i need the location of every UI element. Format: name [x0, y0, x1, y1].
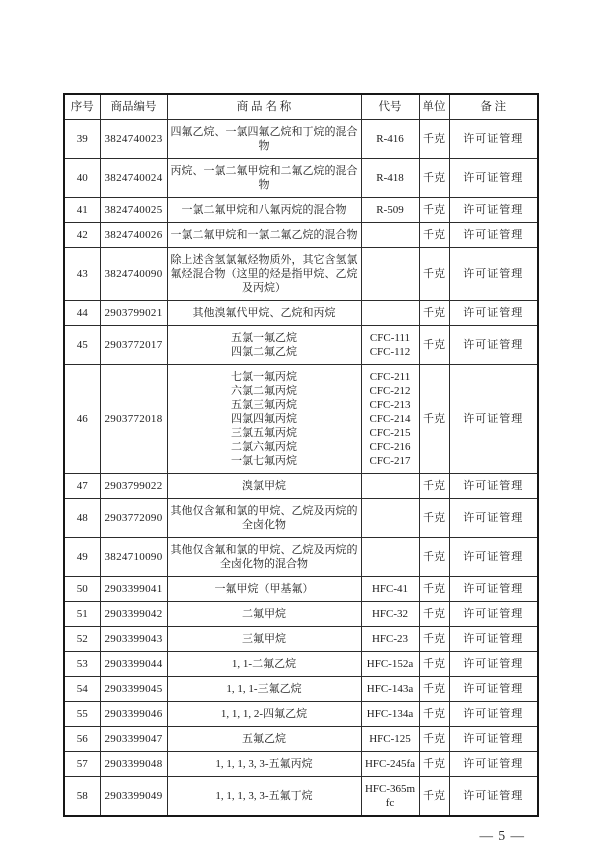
cell-remarks: 许可证管理: [449, 652, 538, 677]
cell-alias-code: HFC-143a: [361, 677, 419, 702]
cell-unit: 千克: [419, 577, 449, 602]
cell-alias-code-line: HFC-41: [365, 582, 416, 596]
cell-commodity-name: 1, 1, 1, 3, 3-五氟丁烷: [167, 777, 361, 817]
table-row: 5529033990461, 1, 1, 2-四氟乙烷HFC-134a千克许可证…: [64, 702, 538, 727]
page-number: — 5 —: [63, 828, 537, 844]
table-header: 序号 商品编号 商 品 名 称 代号 单位 备 注: [64, 94, 538, 120]
cell-commodity-code: 2903772017: [100, 326, 167, 365]
cell-seq-no: 49: [64, 538, 100, 577]
cell-commodity-name-line: 丙烷、一氯二氟甲烷和二氟乙烷的混合物: [171, 164, 358, 192]
table-body: 393824740023四氟乙烷、一氯四氟乙烷和丁烷的混合物R-416千克许可证…: [64, 120, 538, 817]
cell-unit: 千克: [419, 223, 449, 248]
cell-commodity-name: 七氯一氟丙烷六氯二氟丙烷五氯三氟丙烷四氯四氟丙烷三氯五氟丙烷二氯六氟丙烷一氯七氟…: [167, 365, 361, 474]
cell-seq-no: 50: [64, 577, 100, 602]
cell-remarks: 许可证管理: [449, 248, 538, 301]
cell-alias-code: R-418: [361, 159, 419, 198]
cell-seq-no: 46: [64, 365, 100, 474]
document-page: 序号 商品编号 商 品 名 称 代号 单位 备 注 393824740023四氟…: [0, 0, 600, 848]
cell-commodity-name: 其他溴氟代甲烷、乙烷和丙烷: [167, 301, 361, 326]
table-row: 403824740024丙烷、一氯二氟甲烷和二氟乙烷的混合物R-418千克许可证…: [64, 159, 538, 198]
cell-unit: 千克: [419, 365, 449, 474]
cell-commodity-name: 丙烷、一氯二氟甲烷和二氟乙烷的混合物: [167, 159, 361, 198]
cell-remarks: 许可证管理: [449, 365, 538, 474]
cell-alias-code: CFC-211CFC-212CFC-213CFC-214CFC-215CFC-2…: [361, 365, 419, 474]
cell-alias-code: R-509: [361, 198, 419, 223]
cell-commodity-code: 2903399048: [100, 752, 167, 777]
cell-commodity-name: 1, 1, 1, 2-四氟乙烷: [167, 702, 361, 727]
cell-commodity-name-line: 一氟甲烷（甲基氟）: [171, 582, 358, 596]
cell-commodity-name: 一氟甲烷（甲基氟）: [167, 577, 361, 602]
cell-remarks: 许可证管理: [449, 198, 538, 223]
cell-alias-code: HFC-134a: [361, 702, 419, 727]
cell-seq-no: 45: [64, 326, 100, 365]
cell-commodity-name: 1, 1, 1, 3, 3-五氟丙烷: [167, 752, 361, 777]
cell-commodity-name-line: 五氯一氟乙烷: [171, 331, 358, 345]
cell-alias-code: CFC-111CFC-112: [361, 326, 419, 365]
cell-commodity-code: 2903799022: [100, 474, 167, 499]
cell-alias-code-line: R-418: [365, 171, 416, 185]
cell-seq-no: 57: [64, 752, 100, 777]
cell-unit: 千克: [419, 538, 449, 577]
cell-unit: 千克: [419, 198, 449, 223]
cell-commodity-name: 五氯一氟乙烷四氯二氟乙烷: [167, 326, 361, 365]
header-commodity-code: 商品编号: [100, 94, 167, 120]
cell-commodity-code: 2903772090: [100, 499, 167, 538]
cell-commodity-name-line: 二氯六氟丙烷: [171, 440, 358, 454]
cell-unit: 千克: [419, 301, 449, 326]
cell-alias-code: HFC-23: [361, 627, 419, 652]
cell-commodity-code: 3824740090: [100, 248, 167, 301]
cell-commodity-name-line: 1, 1, 1, 3, 3-五氟丁烷: [171, 789, 358, 803]
cell-unit: 千克: [419, 474, 449, 499]
cell-seq-no: 42: [64, 223, 100, 248]
cell-alias-code-line: CFC-212: [365, 384, 416, 398]
cell-commodity-code: 3824710090: [100, 538, 167, 577]
cell-alias-code: R-416: [361, 120, 419, 159]
table-row: 502903399041一氟甲烷（甲基氟）HFC-41千克许可证管理: [64, 577, 538, 602]
cell-commodity-name-line: 六氯二氟丙烷: [171, 384, 358, 398]
cell-commodity-name: 其他仅含氟和氯的甲烷、乙烷及丙烷的全卤化物: [167, 499, 361, 538]
cell-alias-code: HFC-41: [361, 577, 419, 602]
cell-seq-no: 47: [64, 474, 100, 499]
cell-commodity-name-line: 溴氯甲烷: [171, 479, 358, 493]
cell-alias-code-line: CFC-112: [365, 345, 416, 359]
cell-alias-code: [361, 538, 419, 577]
cell-alias-code: [361, 223, 419, 248]
table-row: 462903772018七氯一氟丙烷六氯二氟丙烷五氯三氟丙烷四氯四氟丙烷三氯五氟…: [64, 365, 538, 474]
cell-commodity-name: 一氯二氟甲烷和一氯二氟乙烷的混合物: [167, 223, 361, 248]
cell-seq-no: 52: [64, 627, 100, 652]
cell-seq-no: 58: [64, 777, 100, 817]
cell-commodity-name-line: 除上述含氢氯氟烃物质外，其它含氢氯氟烃混合物（这里的烃是指甲烷、乙烷及丙烷）: [171, 253, 358, 295]
cell-remarks: 许可证管理: [449, 577, 538, 602]
cell-commodity-code: 2903399044: [100, 652, 167, 677]
cell-remarks: 许可证管理: [449, 727, 538, 752]
cell-remarks: 许可证管理: [449, 223, 538, 248]
cell-alias-code-line: HFC-143a: [365, 682, 416, 696]
cell-alias-code-line: HFC-23: [365, 632, 416, 646]
cell-remarks: 许可证管理: [449, 120, 538, 159]
cell-alias-code-line: HFC-365mfc: [365, 782, 416, 810]
cell-commodity-name: 四氟乙烷、一氯四氟乙烷和丁烷的混合物: [167, 120, 361, 159]
cell-remarks: 许可证管理: [449, 159, 538, 198]
cell-unit: 千克: [419, 326, 449, 365]
cell-commodity-code: 3824740023: [100, 120, 167, 159]
table-row: 512903399042二氟甲烷HFC-32千克许可证管理: [64, 602, 538, 627]
cell-seq-no: 51: [64, 602, 100, 627]
commodity-table: 序号 商品编号 商 品 名 称 代号 单位 备 注 393824740023四氟…: [63, 93, 539, 817]
cell-remarks: 许可证管理: [449, 752, 538, 777]
header-row: 序号 商品编号 商 品 名 称 代号 单位 备 注: [64, 94, 538, 120]
cell-commodity-name: 五氟乙烷: [167, 727, 361, 752]
cell-alias-code-line: HFC-134a: [365, 707, 416, 721]
cell-remarks: 许可证管理: [449, 627, 538, 652]
cell-commodity-code: 2903799021: [100, 301, 167, 326]
header-commodity-name: 商 品 名 称: [167, 94, 361, 120]
cell-seq-no: 56: [64, 727, 100, 752]
cell-seq-no: 39: [64, 120, 100, 159]
table-row: 5729033990481, 1, 1, 3, 3-五氟丙烷HFC-245fa千…: [64, 752, 538, 777]
table-row: 493824710090其他仅含氟和氯的甲烷、乙烷及丙烷的全卤化物的混合物千克许…: [64, 538, 538, 577]
cell-commodity-name-line: 一氯二氟甲烷和八氟丙烷的混合物: [171, 203, 358, 217]
cell-commodity-name-line: 一氯七氟丙烷: [171, 454, 358, 468]
cell-alias-code-line: CFC-216: [365, 440, 416, 454]
cell-seq-no: 54: [64, 677, 100, 702]
table-row: 522903399043三氟甲烷HFC-23千克许可证管理: [64, 627, 538, 652]
cell-commodity-name-line: 1, 1, 1, 3, 3-五氟丙烷: [171, 757, 358, 771]
cell-unit: 千克: [419, 627, 449, 652]
cell-alias-code: HFC-32: [361, 602, 419, 627]
cell-alias-code: HFC-125: [361, 727, 419, 752]
cell-commodity-name-line: 1, 1, 1-三氟乙烷: [171, 682, 358, 696]
cell-remarks: 许可证管理: [449, 474, 538, 499]
cell-commodity-code: 2903399041: [100, 577, 167, 602]
cell-commodity-name-line: 其他仅含氟和氯的甲烷、乙烷及丙烷的全卤化物的混合物: [171, 543, 358, 571]
cell-remarks: 许可证管理: [449, 538, 538, 577]
table-row: 482903772090其他仅含氟和氯的甲烷、乙烷及丙烷的全卤化物千克许可证管理: [64, 499, 538, 538]
cell-unit: 千克: [419, 752, 449, 777]
header-unit: 单位: [419, 94, 449, 120]
cell-unit: 千克: [419, 120, 449, 159]
header-alias-code: 代号: [361, 94, 419, 120]
cell-commodity-name-line: 其他仅含氟和氯的甲烷、乙烷及丙烷的全卤化物: [171, 504, 358, 532]
cell-unit: 千克: [419, 677, 449, 702]
cell-alias-code-line: HFC-125: [365, 732, 416, 746]
cell-commodity-name-line: 四氟乙烷、一氯四氟乙烷和丁烷的混合物: [171, 125, 358, 153]
table-row: 562903399047五氟乙烷HFC-125千克许可证管理: [64, 727, 538, 752]
cell-commodity-name: 一氯二氟甲烷和八氟丙烷的混合物: [167, 198, 361, 223]
table-row: 5429033990451, 1, 1-三氟乙烷HFC-143a千克许可证管理: [64, 677, 538, 702]
cell-unit: 千克: [419, 248, 449, 301]
cell-commodity-name-line: 一氯二氟甲烷和一氯二氟乙烷的混合物: [171, 228, 358, 242]
cell-remarks: 许可证管理: [449, 301, 538, 326]
cell-commodity-code: 2903399043: [100, 627, 167, 652]
cell-commodity-name: 1, 1, 1-三氟乙烷: [167, 677, 361, 702]
cell-alias-code: HFC-365mfc: [361, 777, 419, 817]
cell-commodity-name-line: 七氯一氟丙烷: [171, 370, 358, 384]
cell-seq-no: 43: [64, 248, 100, 301]
cell-unit: 千克: [419, 652, 449, 677]
cell-commodity-name-line: 二氟甲烷: [171, 607, 358, 621]
table-row: 393824740023四氟乙烷、一氯四氟乙烷和丁烷的混合物R-416千克许可证…: [64, 120, 538, 159]
cell-unit: 千克: [419, 602, 449, 627]
cell-seq-no: 48: [64, 499, 100, 538]
table-row: 442903799021其他溴氟代甲烷、乙烷和丙烷千克许可证管理: [64, 301, 538, 326]
cell-seq-no: 40: [64, 159, 100, 198]
cell-commodity-name-line: 五氟乙烷: [171, 732, 358, 746]
cell-alias-code-line: R-416: [365, 132, 416, 146]
cell-commodity-code: 3824740026: [100, 223, 167, 248]
cell-alias-code-line: HFC-152a: [365, 657, 416, 671]
cell-commodity-name-line: 1, 1-二氟乙烷: [171, 657, 358, 671]
cell-commodity-code: 2903399045: [100, 677, 167, 702]
cell-alias-code: [361, 499, 419, 538]
table-row: 433824740090除上述含氢氯氟烃物质外，其它含氢氯氟烃混合物（这里的烃是…: [64, 248, 538, 301]
cell-seq-no: 53: [64, 652, 100, 677]
cell-alias-code-line: HFC-32: [365, 607, 416, 621]
table-row: 423824740026一氯二氟甲烷和一氯二氟乙烷的混合物千克许可证管理: [64, 223, 538, 248]
cell-remarks: 许可证管理: [449, 777, 538, 817]
cell-commodity-name-line: 四氯四氟丙烷: [171, 412, 358, 426]
table-row: 5829033990491, 1, 1, 3, 3-五氟丁烷HFC-365mfc…: [64, 777, 538, 817]
cell-commodity-code: 3824740024: [100, 159, 167, 198]
cell-unit: 千克: [419, 727, 449, 752]
cell-alias-code-line: CFC-213: [365, 398, 416, 412]
cell-unit: 千克: [419, 499, 449, 538]
cell-unit: 千克: [419, 159, 449, 198]
cell-seq-no: 41: [64, 198, 100, 223]
cell-remarks: 许可证管理: [449, 326, 538, 365]
table-row: 5329033990441, 1-二氟乙烷HFC-152a千克许可证管理: [64, 652, 538, 677]
cell-alias-code-line: CFC-215: [365, 426, 416, 440]
cell-alias-code: HFC-245fa: [361, 752, 419, 777]
table-row: 452903772017五氯一氟乙烷四氯二氟乙烷CFC-111CFC-112千克…: [64, 326, 538, 365]
cell-alias-code-line: HFC-245fa: [365, 757, 416, 771]
cell-commodity-name-line: 五氯三氟丙烷: [171, 398, 358, 412]
cell-remarks: 许可证管理: [449, 499, 538, 538]
cell-remarks: 许可证管理: [449, 677, 538, 702]
table-row: 472903799022溴氯甲烷千克许可证管理: [64, 474, 538, 499]
cell-alias-code: [361, 248, 419, 301]
cell-commodity-name: 1, 1-二氟乙烷: [167, 652, 361, 677]
cell-commodity-name: 溴氯甲烷: [167, 474, 361, 499]
cell-unit: 千克: [419, 702, 449, 727]
cell-seq-no: 55: [64, 702, 100, 727]
cell-commodity-name-line: 三氟甲烷: [171, 632, 358, 646]
cell-commodity-name: 三氟甲烷: [167, 627, 361, 652]
cell-alias-code: [361, 301, 419, 326]
cell-alias-code-line: CFC-211: [365, 370, 416, 384]
cell-commodity-code: 2903399042: [100, 602, 167, 627]
cell-commodity-code: 2903772018: [100, 365, 167, 474]
cell-commodity-name-line: 三氯五氟丙烷: [171, 426, 358, 440]
cell-commodity-code: 2903399047: [100, 727, 167, 752]
cell-commodity-code: 3824740025: [100, 198, 167, 223]
cell-unit: 千克: [419, 777, 449, 817]
cell-commodity-name-line: 四氯二氟乙烷: [171, 345, 358, 359]
cell-alias-code-line: CFC-111: [365, 331, 416, 345]
cell-commodity-code: 2903399049: [100, 777, 167, 817]
cell-alias-code: [361, 474, 419, 499]
cell-alias-code-line: R-509: [365, 203, 416, 217]
cell-alias-code: HFC-152a: [361, 652, 419, 677]
cell-remarks: 许可证管理: [449, 702, 538, 727]
cell-commodity-name: 除上述含氢氯氟烃物质外，其它含氢氯氟烃混合物（这里的烃是指甲烷、乙烷及丙烷）: [167, 248, 361, 301]
cell-commodity-name-line: 其他溴氟代甲烷、乙烷和丙烷: [171, 306, 358, 320]
cell-commodity-name-line: 1, 1, 1, 2-四氟乙烷: [171, 707, 358, 721]
cell-seq-no: 44: [64, 301, 100, 326]
header-remarks: 备 注: [449, 94, 538, 120]
cell-alias-code-line: CFC-217: [365, 454, 416, 468]
table-row: 413824740025一氯二氟甲烷和八氟丙烷的混合物R-509千克许可证管理: [64, 198, 538, 223]
cell-commodity-code: 2903399046: [100, 702, 167, 727]
cell-remarks: 许可证管理: [449, 602, 538, 627]
header-seq-no: 序号: [64, 94, 100, 120]
cell-commodity-name: 二氟甲烷: [167, 602, 361, 627]
cell-alias-code-line: CFC-214: [365, 412, 416, 426]
cell-commodity-name: 其他仅含氟和氯的甲烷、乙烷及丙烷的全卤化物的混合物: [167, 538, 361, 577]
